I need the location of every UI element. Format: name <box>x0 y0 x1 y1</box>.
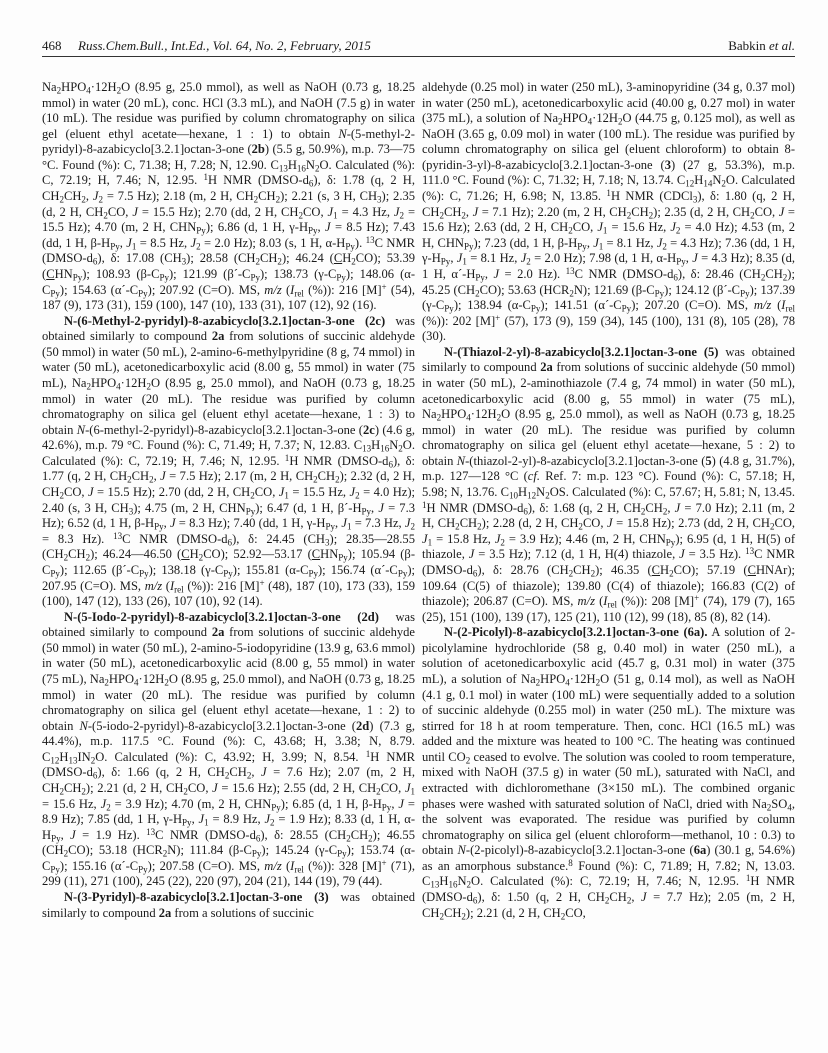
running-header: 468 Russ.Chem.Bull., Int.Ed., Vol. 64, N… <box>42 38 795 57</box>
author-running-head: Babkin et al. <box>728 38 795 54</box>
journal-citation: Russ.Chem.Bull., Int.Ed., Vol. 64, No. 2… <box>78 38 371 54</box>
page-number: 468 <box>42 38 62 54</box>
right-column: aldehyde (0.25 mol) in water (250 mL), 3… <box>422 80 795 921</box>
paragraph: Na2HPO4·12H2O (8.95 g, 25.0 mmol), as we… <box>42 80 415 314</box>
paragraph: N-(5-Iodo-2-pyridyl)-8-azabicyclo[3.2.1]… <box>42 610 415 890</box>
left-column: Na2HPO4·12H2O (8.95 g, 25.0 mmol), as we… <box>42 80 415 921</box>
paragraph: N-(3-Pyridyl)-8-azabicyclo[3.2.1]octan-3… <box>42 890 415 921</box>
author-name: Babkin <box>728 38 769 53</box>
paragraph: N-(6-Methyl-2-pyridyl)-8-azabicyclo[3.2.… <box>42 314 415 610</box>
paragraph: N-(2-Picolyl)-8-azabicyclo[3.2.1]octan-3… <box>422 625 795 921</box>
et-al: et al. <box>769 38 795 53</box>
paragraph: aldehyde (0.25 mol) in water (250 mL), 3… <box>422 80 795 345</box>
paragraph: N-(Thiazol-2-yl)-8-azabicyclo[3.2.1]octa… <box>422 345 795 625</box>
